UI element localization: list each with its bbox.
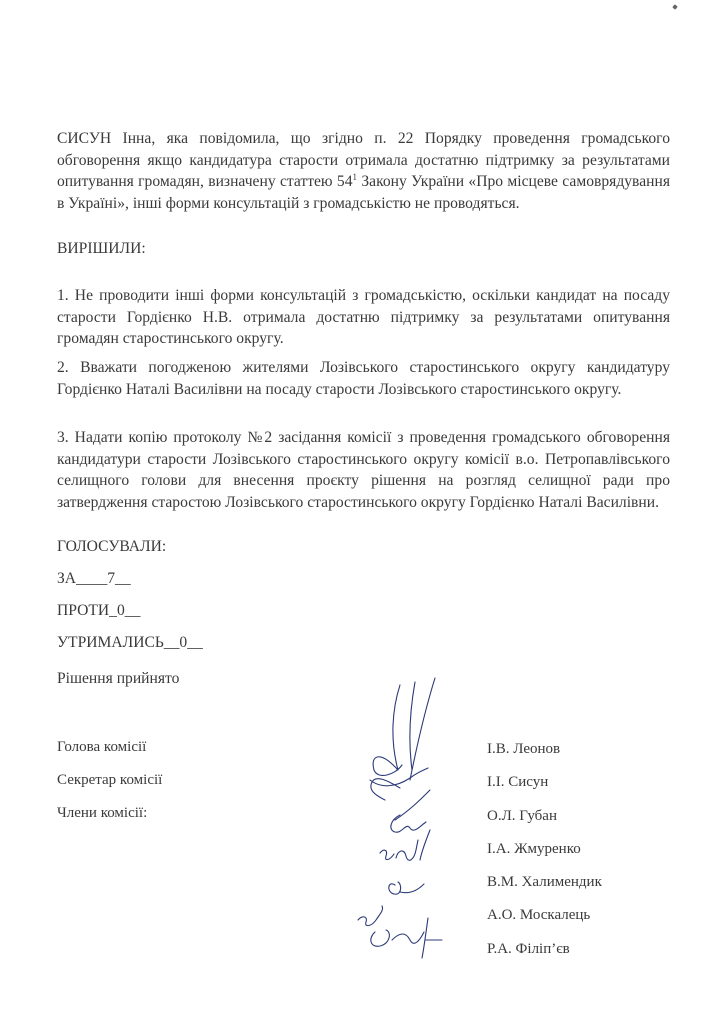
signatory-name: І.В. Леонов <box>487 739 560 759</box>
document-page: СИСУН Інна, яка повідомила, що згідно п.… <box>0 0 725 1024</box>
signatory-name: Р.А. Філіп’єв <box>487 939 570 959</box>
signatory-name: А.О. Москалець <box>487 905 590 925</box>
decision-text: Рішення прийнято <box>57 669 179 689</box>
role-members: Члени комісії: <box>57 803 147 823</box>
role-secretary: Секретар комісії <box>57 770 162 790</box>
role-chair: Голова комісії <box>57 737 146 757</box>
vote-against: ПРОТИ_0__ <box>57 601 140 621</box>
handwritten-signatures <box>340 670 480 970</box>
intro-paragraph: СИСУН Інна, яка повідомила, що згідно п.… <box>57 128 670 214</box>
signatory-name: О.Л. Губан <box>487 806 557 826</box>
resolution-2: 2. Вважати погодженою жителями Лозівсько… <box>57 357 670 400</box>
vote-abstained: УТРИМАЛИСЬ__0__ <box>57 633 203 653</box>
vote-for: ЗА____7__ <box>57 569 131 589</box>
scan-speck <box>672 4 678 10</box>
signatory-name: І.І. Сисун <box>487 772 548 792</box>
resolution-3: 3. Надати копію протоколу №2 засідання к… <box>57 427 670 513</box>
signatory-name: І.А. Жмуренко <box>487 839 581 859</box>
resolved-heading: ВИРІШИЛИ: <box>57 238 670 260</box>
resolution-1: 1. Не проводити інші форми консультацій … <box>57 285 670 350</box>
signatory-name: В.М. Халимендик <box>487 872 602 892</box>
voting-heading: ГОЛОСУВАЛИ: <box>57 537 166 557</box>
